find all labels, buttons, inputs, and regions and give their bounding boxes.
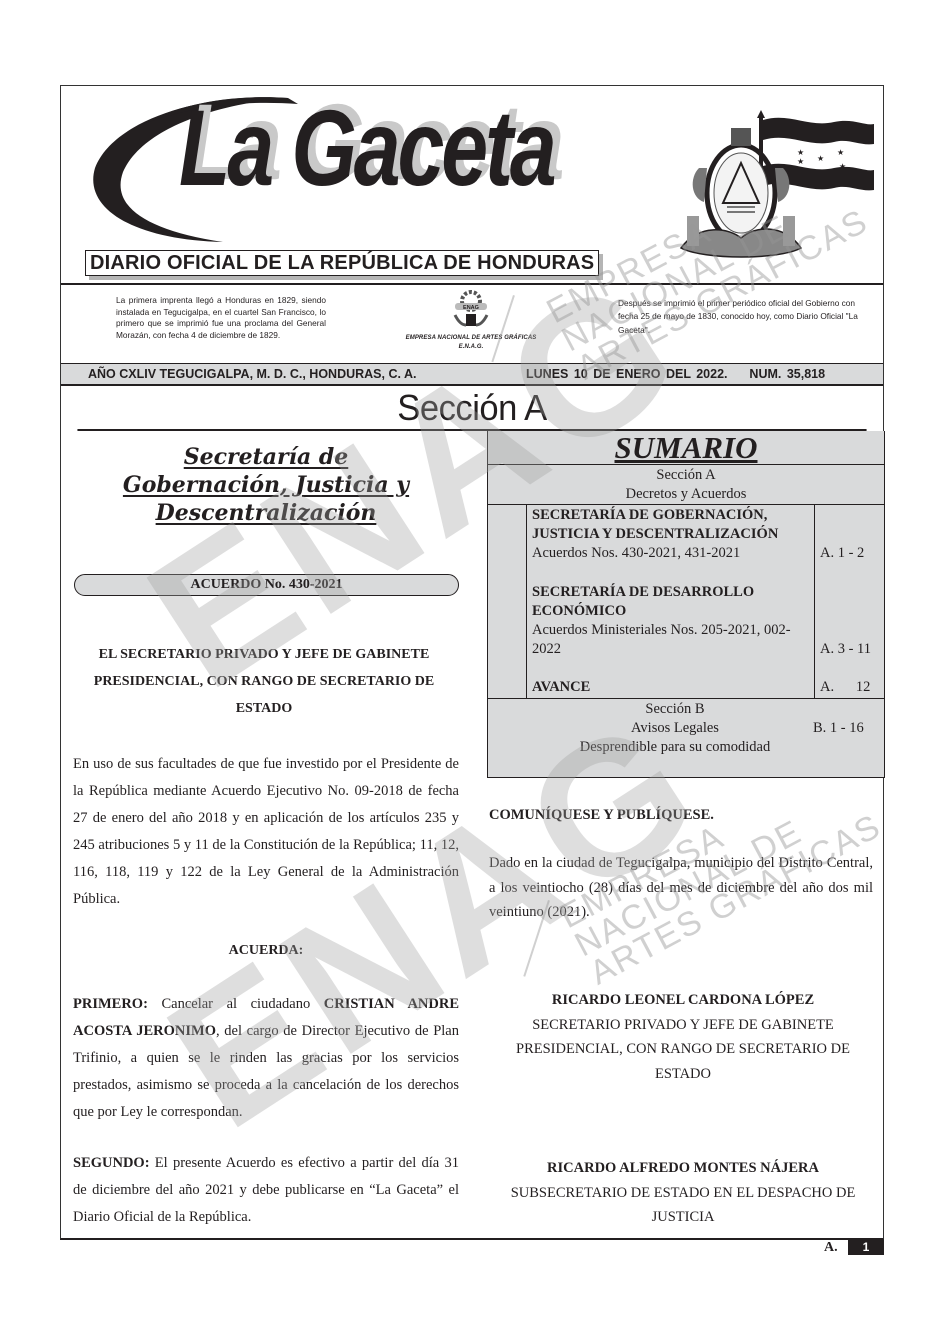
page-section-letter: A.	[824, 1240, 838, 1255]
sumario-section-b[interactable]: Sección B Avisos Legales Desprendible pa…	[488, 699, 884, 777]
issue-number: NUM. 35,818	[749, 367, 825, 381]
article-label: SEGUNDO:	[73, 1155, 150, 1171]
issue-bar: AÑO CXLIV TEGUCIGALPA, M. D. C., HONDURA…	[61, 363, 883, 386]
enag-logo: ENAG EMPRESA NACIONAL DE ARTES GRÁFICAS …	[401, 287, 541, 359]
acuerda-heading: ACUERDA:	[73, 937, 459, 964]
svg-text:★: ★	[839, 162, 846, 171]
left-column: Secretaría de Gobernación, Justicia y De…	[61, 431, 487, 1241]
gazette-page: La Gaceta DIARIO OFICIAL DE LA REPÚBLICA…	[60, 85, 884, 1240]
entry-heading: SECRETARÍA DE DESARROLLO ECONÓMICO	[532, 583, 814, 621]
logo-title: La Gaceta	[179, 94, 554, 202]
section-b-sub: Avisos Legales	[488, 719, 862, 738]
issuer-heading: EL SECRETARIO PRIVADO Y JEFE DE GABINETE…	[69, 641, 459, 722]
enag-name: EMPRESA NACIONAL DE ARTES GRÁFICAS	[401, 334, 541, 343]
svg-text:★: ★	[797, 157, 804, 166]
sumario-section-a: Sección A Decretos y Acuerdos	[488, 465, 884, 505]
sumario-box: SUMARIO Sección A Decretos y Acuerdos SE…	[487, 431, 885, 778]
preamble-paragraph: En uso de sus facultades de que fue inve…	[73, 751, 459, 913]
entry-detail: Acuerdos Nos. 430-2021, 431-2021	[532, 544, 814, 563]
sumario-title-text: SUMARIO	[615, 430, 758, 465]
ministry-title-line: Gobernación, Justicia y	[123, 472, 409, 498]
section-title: Sección A	[77, 386, 866, 431]
svg-text:★: ★	[837, 148, 844, 157]
svg-text:★: ★	[817, 154, 824, 163]
sumario-entry[interactable]: AVANCE	[532, 678, 814, 697]
section-a-sub: Decretos y Acuerdos	[488, 485, 884, 504]
masthead-subtitle: DIARIO OFICIAL DE LA REPÚBLICA DE HONDUR…	[85, 250, 599, 276]
entry-heading: AVANCE	[532, 678, 814, 697]
masthead: La Gaceta DIARIO OFICIAL DE LA REPÚBLICA…	[61, 86, 883, 285]
signature-block: RICARDO ALFREDO MONTES NÁJERA SUBSECRETA…	[487, 1156, 879, 1230]
entry-pages: A. 12	[820, 678, 880, 697]
article-text: Cancelar al ciudadano	[148, 996, 324, 1012]
signatory-title: SECRETARIO PRIVADO Y JEFE DE GABINETE PR…	[487, 1013, 879, 1087]
page-number-value: 1	[848, 1240, 884, 1255]
ministry-title: Secretaría de Gobernación, Justicia y De…	[81, 443, 451, 527]
coat-of-arms-flag-icon: ★★★★★	[659, 98, 899, 273]
dado-paragraph: Dado en la ciudad de Tegucigalpa, munici…	[489, 851, 873, 925]
entry-pages: A. 3 - 11	[820, 640, 880, 659]
article-label: PRIMERO:	[73, 996, 148, 1012]
signatory-name: RICARDO ALFREDO MONTES NÁJERA	[487, 1156, 879, 1181]
article-segundo: SEGUNDO: El presente Acuerdo es efectivo…	[73, 1150, 459, 1231]
history-strip: La primera imprenta llegó a Honduras en …	[61, 285, 883, 363]
comuniquese-heading: COMUNÍQUESE Y PUBLÍQUESE.	[489, 806, 714, 825]
enag-abbr: E.N.A.G.	[401, 343, 541, 352]
svg-text:★: ★	[797, 148, 804, 157]
history-note-right: Después se imprimió el primer periódico …	[618, 297, 858, 337]
section-b-pages: B. 1 - 16	[813, 719, 864, 738]
entry-detail: Acuerdos Ministeriales Nos. 205-2021, 00…	[532, 621, 814, 659]
right-column: SUMARIO Sección A Decretos y Acuerdos SE…	[487, 431, 883, 1241]
sumario-title: SUMARIO	[488, 431, 884, 465]
sumario-entry[interactable]: SECRETARÍA DE GOBERNACIÓN, JUSTICIA Y DE…	[532, 506, 814, 563]
ministry-title-line: Descentralización	[156, 500, 377, 526]
divider	[526, 505, 527, 698]
sumario-entry[interactable]: SECRETARÍA DE DESARROLLO ECONÓMICO Acuer…	[532, 583, 814, 659]
signatory-name: RICARDO LEONEL CARDONA LÓPEZ	[487, 988, 879, 1013]
history-note-left: La primera imprenta llegó a Honduras en …	[116, 295, 326, 341]
signatory-title: SUBSECRETARIO DE ESTADO EN EL DESPACHO D…	[487, 1181, 879, 1230]
section-a-label: Sección A	[488, 466, 884, 485]
section-b-label: Sección B	[488, 700, 862, 719]
svg-text:ENAG: ENAG	[463, 305, 479, 311]
issue-date-number: LUNES 10 DE ENERO DEL 2022. NUM. 35,818	[526, 364, 825, 384]
acuerdo-number-label: ACUERDO No. 430-2021	[74, 574, 459, 596]
article-primero: PRIMERO: Cancelar al ciudadano CRISTIAN …	[73, 991, 459, 1126]
issue-date: LUNES 10 DE ENERO DEL 2022.	[526, 367, 728, 381]
issue-location: AÑO CXLIV TEGUCIGALPA, M. D. C., HONDURA…	[88, 364, 416, 384]
sumario-table: SECRETARÍA DE GOBERNACIÓN, JUSTICIA Y DE…	[488, 505, 884, 699]
ministry-title-line: Secretaría de	[184, 444, 349, 470]
divider	[814, 505, 815, 698]
section-b-note: Desprendible para su comodidad	[488, 738, 862, 757]
entry-heading: SECRETARÍA DE GOBERNACIÓN, JUSTICIA Y DE…	[532, 506, 814, 544]
signature-block: RICARDO LEONEL CARDONA LÓPEZ SECRETARIO …	[487, 988, 879, 1086]
gear-icon: ENAG	[451, 289, 491, 329]
entry-pages: A. 1 - 2	[820, 544, 880, 563]
